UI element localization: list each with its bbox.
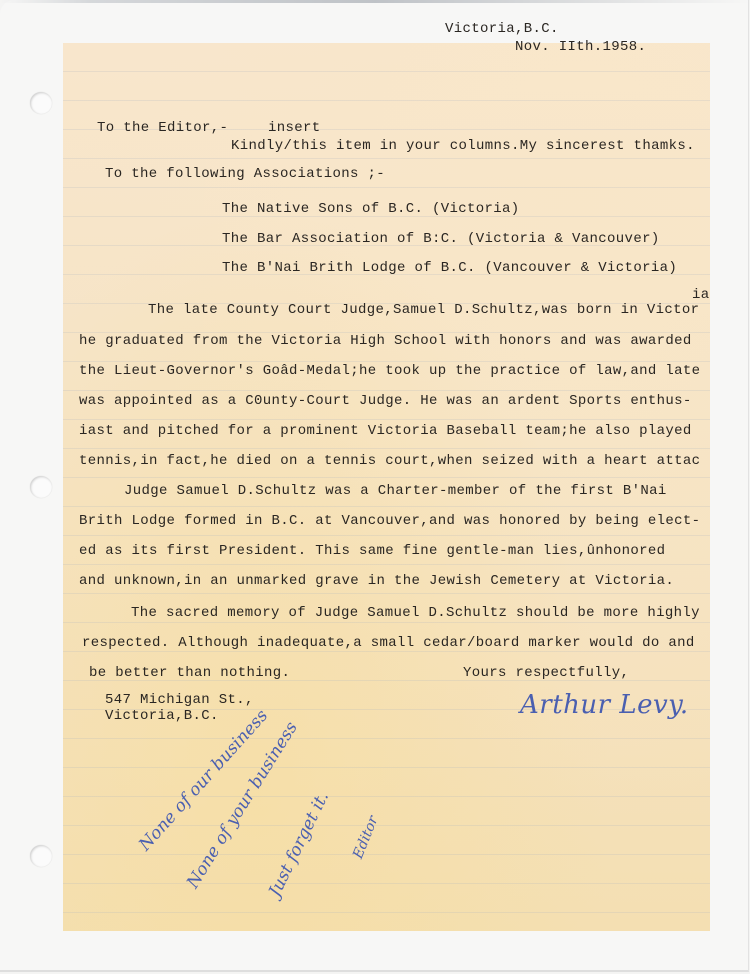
paragraph-line: be better than nothing.	[89, 665, 290, 681]
request-line: Kindly/this item in your columns.My sinc…	[231, 138, 695, 154]
punch-hole-middle	[30, 476, 52, 498]
paragraph-line: The sacred memory of Judge Samuel D.Schu…	[131, 605, 700, 621]
signature: Arthur Levy.	[520, 690, 689, 720]
paragraph-line: ed as its first President. This same fin…	[79, 543, 665, 559]
insertion-note: insert	[268, 120, 321, 136]
overflow-fragment: ia	[692, 287, 710, 303]
punch-hole-top	[30, 92, 52, 114]
sender-city: Victoria,B.C.	[105, 708, 219, 724]
paragraph-line: and unknown,in an unmarked grave in the …	[79, 573, 674, 589]
paragraph-line: tennis,in fact,he died on a tennis court…	[79, 453, 700, 469]
salutation: To the Editor,-	[97, 120, 228, 136]
association-item: The B'Nai Brith Lodge of B.C. (Vancouver…	[222, 260, 677, 276]
paragraph-line: Judge Samuel D.Schultz was a Charter-mem…	[124, 483, 667, 499]
paragraph-line: Brith Lodge formed in B.C. at Vancouver,…	[79, 513, 700, 529]
paragraph-line: respected. Although inadequate,a small c…	[82, 635, 695, 651]
heading-place: Victoria,B.C.	[445, 21, 559, 37]
association-item: The Native Sons of B.C. (Victoria)	[222, 201, 520, 217]
paragraph-line: iast and pitched for a prominent Victori…	[79, 423, 692, 439]
sender-street: 547 Michigan St.,	[105, 692, 254, 708]
heading-date: Nov. IIth.1958.	[515, 39, 646, 55]
paragraph-line: was appointed as a C0unty-Court Judge. H…	[79, 393, 692, 409]
punch-hole-bottom	[30, 845, 52, 867]
association-item: The Bar Association of B:C. (Victoria & …	[222, 231, 660, 247]
paragraph-line: he graduated from the Victoria High Scho…	[79, 333, 692, 349]
associations-intro: To the following Associations ;-	[105, 166, 385, 182]
paragraph-line: The late County Court Judge,Samuel D.Sch…	[148, 302, 699, 318]
closing: Yours respectfully,	[463, 665, 629, 681]
paragraph-line: the Lieut-Governor's Goâd-Medal;he took …	[79, 363, 700, 379]
